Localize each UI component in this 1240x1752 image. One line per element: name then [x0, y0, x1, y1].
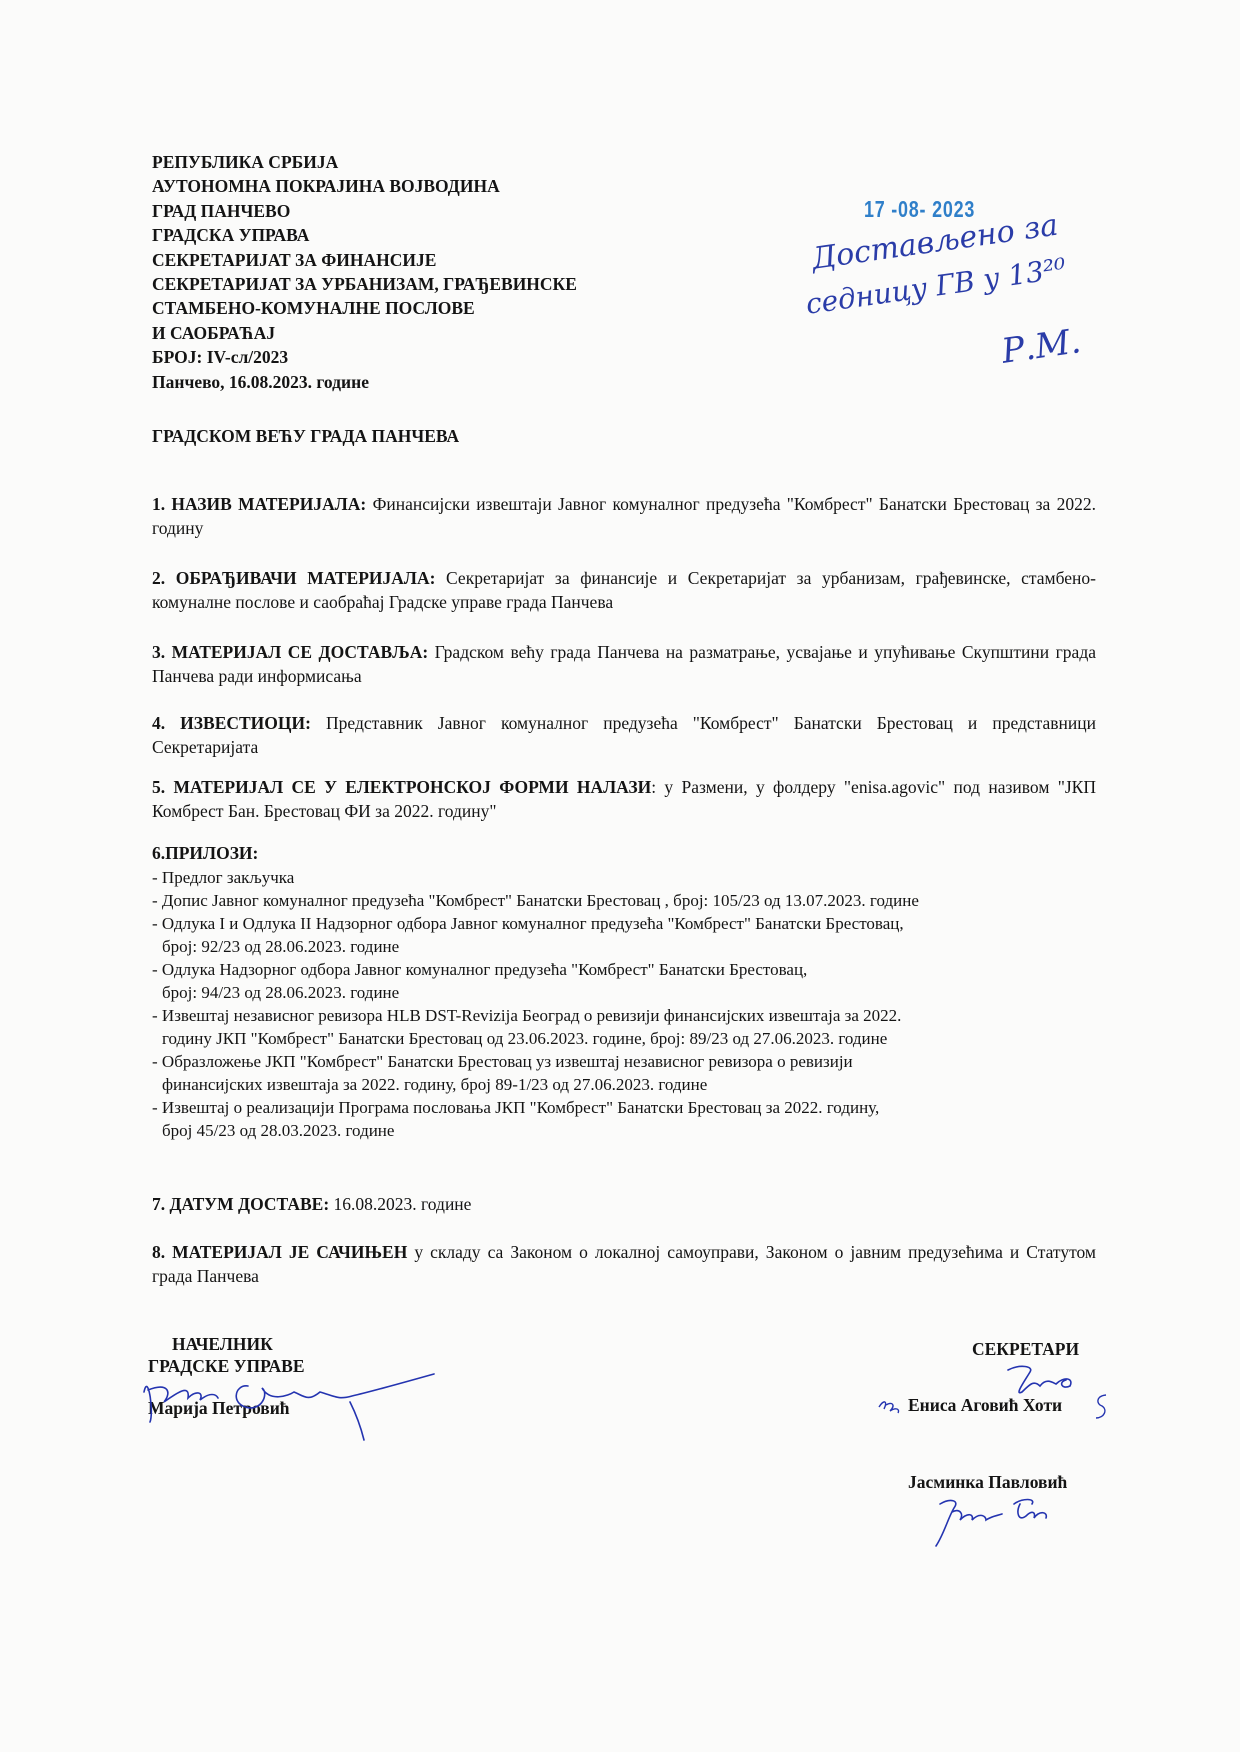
attachment-item: - Допис Јавног комуналног предузећа "Ком…	[152, 889, 1112, 912]
signature-icon	[930, 1494, 1060, 1550]
attachment-item: - Образложење ЈКП "Комбрест" Банатски Бр…	[152, 1050, 1112, 1096]
signatory-name: Марија Петровић	[148, 1398, 290, 1419]
section-label: 2. ОБРАЂИВАЧИ МАТЕРИЈАЛА:	[152, 568, 435, 588]
attachments-list: - Предлог закључка - Допис Јавног комуна…	[152, 866, 1112, 1142]
letterhead-line: РЕПУБЛИКА СРБИЈА	[152, 150, 577, 174]
secretaries-title: СЕКРЕТАРИ	[972, 1338, 1079, 1360]
received-date-stamp: 17 -08- 2023	[864, 196, 975, 223]
document-page: РЕПУБЛИКА СРБИЈА АУТОНОМНА ПОКРАЈИНА ВОЈ…	[0, 0, 1240, 1752]
signatory-title: НАЧЕЛНИК	[172, 1333, 273, 1355]
section-label: 5. МАТЕРИЈАЛ СЕ У ЕЛЕКТРОНСКОЈ ФОРМИ НАЛ…	[152, 777, 651, 797]
signatory-title: ГРАДСКЕ УПРАВЕ	[148, 1355, 305, 1377]
section-label: 1. НАЗИВ МАТЕРИЈАЛА:	[152, 494, 366, 514]
letterhead-line: ГРАД ПАНЧЕВО	[152, 199, 577, 223]
initials-icon	[876, 1395, 906, 1419]
section-electronic-location: 5. МАТЕРИЈАЛ СЕ У ЕЛЕКТРОНСКОЈ ФОРМИ НАЛ…	[152, 775, 1096, 823]
handwritten-note: Достављено за седницу ГВ у 13²⁰ Р.М.	[812, 232, 1102, 382]
document-number: БРОЈ: IV-сл/2023	[152, 345, 577, 369]
section-prepared-by: 2. ОБРАЂИВАЧИ МАТЕРИЈАЛА: Секретаријат з…	[152, 566, 1096, 614]
attachments-title: 6.ПРИЛОЗИ:	[152, 843, 258, 864]
letterhead-line: СТАМБЕНО-КОМУНАЛНЕ ПОСЛОВЕ	[152, 296, 577, 320]
section-rapporteurs: 4. ИЗВЕСТИОЦИ: Представник Јавног комуна…	[152, 711, 1096, 759]
addressee: ГРАДСКОМ ВЕЋУ ГРАДА ПАНЧЕВА	[152, 426, 459, 447]
section-label: 8. МАТЕРИЈАЛ ЈЕ САЧИЊЕН	[152, 1242, 407, 1262]
attachment-item: - Предлог закључка	[152, 866, 1112, 889]
section-compiled: 8. МАТЕРИЈАЛ ЈЕ САЧИЊЕН у складу са Зако…	[152, 1240, 1096, 1288]
document-date: Панчево, 16.08.2023. године	[152, 370, 577, 394]
attachment-item: - Извештај о реализацији Програма послов…	[152, 1096, 1112, 1142]
letterhead-line: ГРАДСКА УПРАВА	[152, 223, 577, 247]
section-label: 7. ДАТУМ ДОСТАВЕ:	[152, 1194, 329, 1214]
section-label: 4. ИЗВЕСТИОЦИ:	[152, 713, 311, 733]
section-label: 3. МАТЕРИЈАЛ СЕ ДОСТАВЉА:	[152, 642, 428, 662]
attachment-item: - Одлука Надзорног одбора Јавног комунал…	[152, 958, 1112, 1004]
section-material-name: 1. НАЗИВ МАТЕРИЈАЛА: Финансијски извешта…	[152, 492, 1096, 540]
letterhead-line: И САОБРАЋАЈ	[152, 321, 577, 345]
section-delivered-to: 3. МАТЕРИЈАЛ СЕ ДОСТАВЉА: Градском већу …	[152, 640, 1096, 688]
initials-icon	[1092, 1392, 1112, 1422]
signatory-name: Јасминка Павловић	[908, 1472, 1067, 1493]
handwritten-initials: Р.М.	[999, 321, 1083, 372]
letterhead-line: СЕКРЕТАРИЈАТ ЗА ФИНАНСИЈЕ	[152, 248, 577, 272]
signatory-name: Енисa Аговић Хоти	[908, 1395, 1062, 1416]
section-text: 16.08.2023. године	[329, 1194, 471, 1214]
letterhead: РЕПУБЛИКА СРБИЈА АУТОНОМНА ПОКРАЈИНА ВОЈ…	[152, 150, 577, 394]
attachment-item: - Извештај независног ревизора HLB DST-R…	[152, 1004, 1112, 1050]
attachment-item: - Одлука I и Одлука II Надзорног одбора …	[152, 912, 1112, 958]
letterhead-line: СЕКРЕТАРИЈАТ ЗА УРБАНИЗАМ, ГРАЂЕВИНСКЕ	[152, 272, 577, 296]
section-delivery-date: 7. ДАТУМ ДОСТАВЕ: 16.08.2023. године	[152, 1192, 1096, 1216]
letterhead-line: АУТОНОМНА ПОКРАЈИНА ВОЈВОДИНА	[152, 174, 577, 198]
